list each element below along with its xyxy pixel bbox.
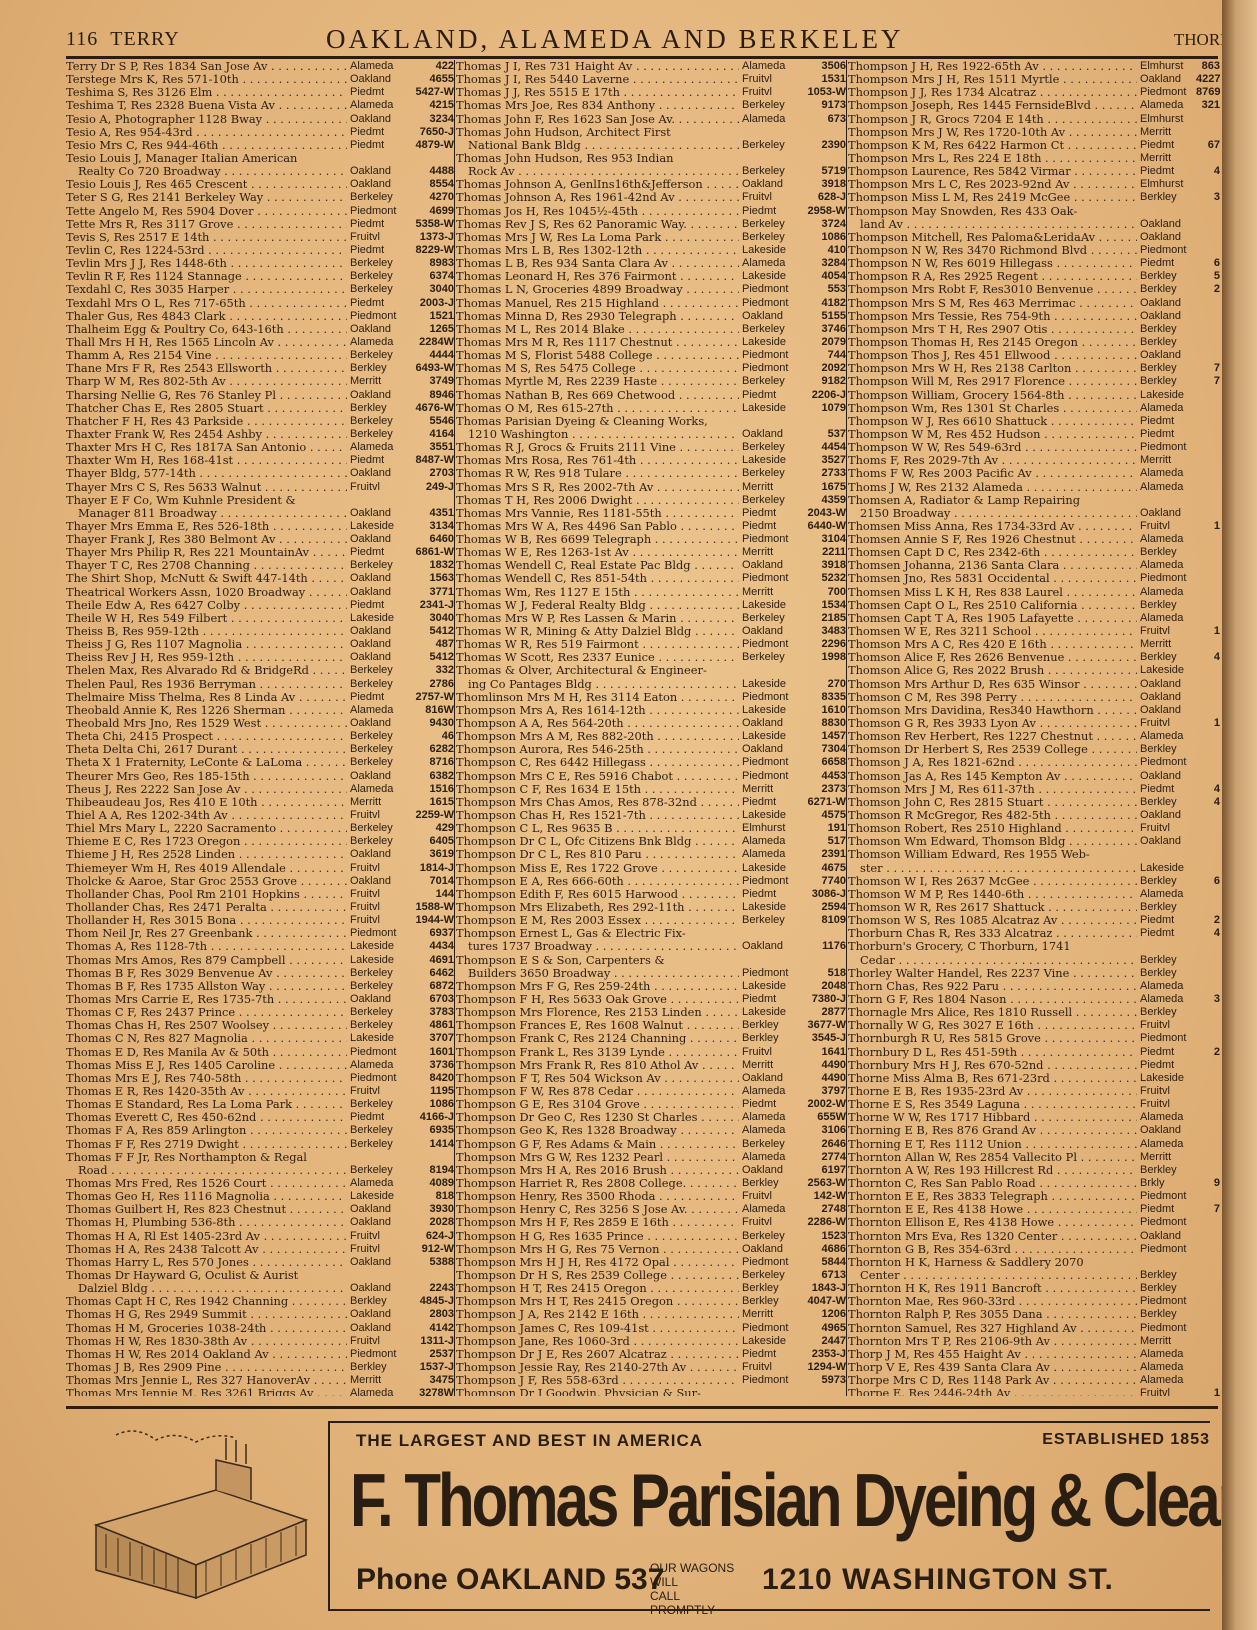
entry-exchange: Brkly <box>1137 1177 1196 1190</box>
entry-exchange: Berkley <box>739 1282 802 1295</box>
entry-phone: 518 <box>802 967 846 980</box>
directory-entry: Thomsen Capt O L, Res 2510 CaliforniaBer… <box>848 599 1220 612</box>
entry-exchange: Piedmt <box>739 993 802 1006</box>
entry-name: Thompson F H, Res 5633 Oak Grove <box>456 993 739 1006</box>
entry-phone: 9182 <box>802 375 846 388</box>
entry-name: Thomas Guilbert H, Res 823 Chestnut <box>66 1203 347 1216</box>
entry-exchange: Berkeley <box>347 664 410 677</box>
entry-phone: 142-W <box>802 1190 846 1203</box>
entry-exchange: Berkley <box>347 402 410 415</box>
entry-name: Thomas W J, Federal Realty Bldg <box>456 599 739 612</box>
entry-name: Thaxter Frank W, Res 2454 Ashby <box>66 428 347 441</box>
entry-phone: 1414 <box>410 1138 454 1151</box>
entry-name: Thomson William Edward, Res 1955 Web- <box>848 848 1137 861</box>
entry-exchange: Elmhurst <box>1137 60 1196 73</box>
entry-name: Thelen Max, Res Alvarado Rd & BridgeRd <box>66 664 347 677</box>
directory-entry: Tesio A, Res 954-43rdPiedmt7650-J <box>66 126 454 139</box>
entry-exchange: Piedmt <box>347 244 410 257</box>
entry-phone <box>1196 835 1220 848</box>
entry-name: Thayer T C, Res 2708 Channing <box>66 559 347 572</box>
directory-entry: Thornton Mae, Res 960-33rdPiedmont <box>848 1295 1220 1308</box>
directory-entry: Thomas Jos H, Res 1045½-45thPiedmt2958-W <box>456 205 846 218</box>
directory-entry: Thomson Mrs J M, Res 611-37thPiedmt4 <box>848 783 1220 796</box>
entry-name: Thomas W E, Res 1263-1st Av <box>456 546 739 559</box>
entry-exchange: Merritt <box>1137 1335 1196 1348</box>
directory-entry: Thornton H K, Harness & Saddlery 2070 <box>848 1256 1220 1269</box>
entry-exchange: Oakland <box>347 572 410 585</box>
entry-phone: 2353-J <box>802 1348 846 1361</box>
entry-exchange: Piedmont <box>739 1256 802 1269</box>
entry-name: Theile Edw A, Res 6427 Colby <box>66 599 347 612</box>
entry-exchange: Berkley <box>1137 901 1196 914</box>
entry-name: Theobald Annie K, Res 1226 Sherman <box>66 704 347 717</box>
directory-entry: Thomas J J, Res 5515 E 17thFruitvl1053-W <box>456 86 846 99</box>
entry-name: Thomas Miss E J, Res 1405 Caroline <box>66 1059 347 1072</box>
entry-name: Thomas Mrs Carrie E, Res 1735-7th <box>66 993 347 1006</box>
entry-exchange: Alameda <box>1137 888 1196 901</box>
directory-entry: 2150 BroadwayOakland <box>848 507 1220 520</box>
entry-name: Thompson Mrs H J H, Res 4172 Opal <box>456 1256 739 1269</box>
entry-name: Thomas F F, Res 2719 Dwight <box>66 1138 347 1151</box>
entry-name: Thompson Thos J, Res 451 Ellwood <box>848 349 1137 362</box>
entry-phone: 3724 <box>802 218 846 231</box>
directory-entry: Thompson Mrs Frank R, Res 810 Athol AvMe… <box>456 1059 846 1072</box>
directory-entry: Thompson Mrs Elizabeth, Res 292-11thLake… <box>456 901 846 914</box>
directory-entry: Thompson Mrs L, Res 224 E 18thMerritt <box>848 152 1220 165</box>
entry-exchange: Oakland <box>739 743 802 756</box>
entry-exchange: Alameda <box>1137 1374 1196 1387</box>
entry-phone: 4359 <box>802 494 846 507</box>
directory-entry: Thompson H T, Res 2415 OregonBerkley1843… <box>456 1282 846 1295</box>
entry-name: Thomas John F, Res 1623 San Jose Av. <box>456 113 739 126</box>
entry-phone: 2043-W <box>802 507 846 520</box>
entry-name: Thornton E E, Res 3833 Telegraph <box>848 1190 1137 1203</box>
entry-name: Thompson C F, Res 1634 E 15th <box>456 783 739 796</box>
entry-name: Tesio Louis J, Manager Italian American <box>66 152 347 165</box>
entry-exchange <box>739 126 802 139</box>
entry-phone: 7650-J <box>410 126 454 139</box>
entry-name: Tholcke & Aaroe, Star Groc 2553 Grove <box>66 875 347 888</box>
entry-name: Thomas E R, Res 1420-35th Av <box>66 1085 347 1098</box>
directory-entry: Thollander Chas, Pool Rm 2101 HopkinsFru… <box>66 888 454 901</box>
entry-name: Thayer Mrs Philip R, Res 221 MountainAv <box>66 546 347 559</box>
entry-phone: 9 <box>1196 1177 1220 1190</box>
directory-entry: Thayer Mrs C S, Res 5633 WalnutFruitvl24… <box>66 481 454 494</box>
entry-phone <box>1196 389 1220 402</box>
entry-exchange: Piedmont <box>1137 756 1196 769</box>
directory-entry: Thompson Mrs S M, Res 463 MerrimacOaklan… <box>848 297 1220 310</box>
entry-phone: 2803 <box>410 1308 454 1321</box>
directory-entry: Thornally W G, Res 3027 E 16thFruitvl <box>848 1019 1220 1032</box>
entry-name: Thomas Chas H, Res 2507 Woolsey <box>66 1019 347 1032</box>
entry-exchange: Berkeley <box>347 1124 410 1137</box>
entry-name: Builders 3650 Broadway <box>456 967 739 980</box>
entry-exchange: Piedmont <box>739 638 802 651</box>
directory-entry: Thornton Mrs Eva, Res 1320 CenterOakland <box>848 1230 1220 1243</box>
entry-name: tures 1737 Broadway <box>456 940 739 953</box>
directory-column-1: Terry Dr S P, Res 1834 San Jose AvAlamed… <box>66 60 454 1396</box>
entry-phone: 4054 <box>802 270 846 283</box>
entry-name: Tesio A, Photographer 1128 Bway <box>66 113 347 126</box>
entry-phone: 7 <box>1196 375 1220 388</box>
entry-name: Thompson J F, Res 558-63rd <box>456 1374 739 1387</box>
entry-name: Thomas A, Res 1128-7th <box>66 940 347 953</box>
entry-phone: 422 <box>410 60 454 73</box>
directory-entry: Thompson Mrs W H, Res 2138 CarltonBerkle… <box>848 362 1220 375</box>
entry-name: Thomas H A, Res 2438 Talcott Av <box>66 1243 347 1256</box>
entry-phone: 5546 <box>410 415 454 428</box>
directory-entry: Thompson Thomas H, Res 2145 OregonBerkle… <box>848 336 1220 349</box>
entry-phone <box>1196 546 1220 559</box>
entry-name: Thomson John C, Res 2815 Stuart <box>848 796 1137 809</box>
entry-exchange: Berkley <box>1137 336 1196 349</box>
entry-phone: 1615 <box>410 796 454 809</box>
directory-entry: Thomas R W, Res 918 TulareBerkeley2733 <box>456 467 846 480</box>
entry-exchange: Berkeley <box>347 283 410 296</box>
entry-phone: 3749 <box>410 375 454 388</box>
directory-entry: Tesio Louis J, Res 465 CrescentOakland85… <box>66 178 454 191</box>
entry-phone: 2703 <box>410 467 454 480</box>
directory-entry: Thomas W Scott, Res 2337 EuniceBerkeley1… <box>456 651 846 664</box>
page-header: 116 TERRY OAKLAND, ALAMEDA AND BERKELEY … <box>66 24 1216 56</box>
directory-entry: Thomas Capt H C, Res 1942 ChanningBerkle… <box>66 1295 454 1308</box>
entry-exchange: Berkeley <box>739 467 802 480</box>
entry-exchange: Alameda <box>739 1203 802 1216</box>
directory-entry: Thomas W B, Res 6699 TelegraphPiedmont31… <box>456 533 846 546</box>
entry-exchange: Piedmt <box>739 888 802 901</box>
entry-phone: 4965 <box>802 1322 846 1335</box>
entry-name: Thompson F W, Res 878 Cedar <box>456 1085 739 1098</box>
entry-phone <box>802 927 846 940</box>
directory-entry: Thomson Robert, Res 2510 HighlandFruitvl <box>848 822 1220 835</box>
entry-phone: 1206 <box>802 1308 846 1321</box>
entry-phone: 3918 <box>802 178 846 191</box>
entry-name: Theta Chi, 2415 Prospect <box>66 730 347 743</box>
entry-exchange: Piedmont <box>739 362 802 375</box>
directory-entry: Thomas J I, Res 731 Haight AvAlameda3506 <box>456 60 846 73</box>
entry-name: Thomas J J, Res 5515 E 17th <box>456 86 739 99</box>
entry-exchange: Piedmt <box>347 139 410 152</box>
entry-phone <box>1196 572 1220 585</box>
entry-exchange <box>739 664 802 677</box>
directory-entry: Thomas Mrs Rosa, Res 761-4thLakeside3527 <box>456 454 846 467</box>
entry-phone <box>1196 1308 1220 1321</box>
directory-entry: Thomas Mrs E J, Res 740-58thPiedmont8420 <box>66 1072 454 1085</box>
entry-exchange: Alameda <box>1137 559 1196 572</box>
entry-exchange: Piedmont <box>739 283 802 296</box>
entry-phone: 673 <box>802 113 846 126</box>
entry-name: Thomsen Capt T A, Res 1905 Lafayette <box>848 612 1137 625</box>
entry-exchange: Berkley <box>347 1361 410 1374</box>
entry-name: Thornton Ralph P, Res 3055 Dana <box>848 1308 1137 1321</box>
entry-name: Thornbury D L, Res 451-59th <box>848 1046 1137 1059</box>
entry-phone: 2373 <box>802 783 846 796</box>
entry-phone <box>1196 586 1220 599</box>
directory-entry: Theus J, Res 2222 San Jose AvAlameda1516 <box>66 783 454 796</box>
entry-exchange: Oakland <box>1137 1230 1196 1243</box>
entry-name: Thomas Mrs M R, Res 1117 Chestnut <box>456 336 739 349</box>
entry-exchange: Alameda <box>739 257 802 270</box>
entry-exchange: Alameda <box>739 1151 802 1164</box>
directory-entry: Thompson W W, Res 549-63rdPiedmont <box>848 441 1220 454</box>
directory-entry: Thorburn Chas R, Res 333 AlcatrazPiedmt4 <box>848 927 1220 940</box>
entry-phone: 3783 <box>410 1006 454 1019</box>
entry-name: Thomas W R, Res 519 Fairmont <box>456 638 739 651</box>
entry-name: Thomsen Capt O L, Res 2510 California <box>848 599 1137 612</box>
entry-name: National Bank Bldg <box>456 139 739 152</box>
directory-entry: Thornton Mrs T P, Res 2106-9th AvMerritt <box>848 1335 1220 1348</box>
entry-exchange: Lakeside <box>739 862 802 875</box>
directory-entry: Tharsing Nellie G, Res 76 Stanley PlOakl… <box>66 389 454 402</box>
entry-phone: 429 <box>410 822 454 835</box>
entry-name: Thomas Mrs J W, Res La Loma Park <box>456 231 739 244</box>
entry-name: Thompson Miss E, Res 1722 Grove <box>456 862 739 875</box>
entry-exchange: Piedmont <box>347 310 410 323</box>
entry-exchange: Fruitvl <box>1137 1019 1196 1032</box>
entry-name: Thomas H, Plumbing 536-8th <box>66 1216 347 1229</box>
entry-exchange: Berkeley <box>347 835 410 848</box>
entry-name: Thoms J W, Res 2132 Alameda <box>848 481 1137 494</box>
directory-entry: Theobald Annie K, Res 1226 ShermanAlamed… <box>66 704 454 717</box>
directory-entry: Thomas Myrtle M, Res 2239 HasteBerkeley9… <box>456 375 846 388</box>
directory-entry: Thomas Mrs Jennie M, Res 3261 Briggs AvA… <box>66 1387 454 1396</box>
entry-phone: 2563-W <box>802 1177 846 1190</box>
entry-name: Thornton E E, Res 4138 Howe <box>848 1203 1137 1216</box>
entry-phone: 2079 <box>802 336 846 349</box>
left-guide-word: TERRY <box>110 28 179 50</box>
directory-entry: Thayer Mrs Philip R, Res 221 MountainAvP… <box>66 546 454 559</box>
entry-name: Thompson Mrs A M, Res 882-20th <box>456 730 739 743</box>
directory-entry: Thayer Mrs Emma E, Res 526-18thLakeside3… <box>66 520 454 533</box>
entry-phone: 1 <box>1196 520 1220 533</box>
entry-exchange: Oakland <box>1137 809 1196 822</box>
entry-name: Thall Mrs H H, Res 1565 Lincoln Av <box>66 336 347 349</box>
entry-name: Thorburn Chas R, Res 333 Alcatraz <box>848 927 1137 940</box>
entry-phone <box>1196 494 1220 507</box>
entry-name: Thompson Mitchell, Res Paloma&LeridaAv <box>848 231 1137 244</box>
directory-entry: Thomas E Standard, Res La Loma ParkBerke… <box>66 1098 454 1111</box>
entry-exchange: Piedmont <box>1137 1032 1196 1045</box>
entry-phone <box>1196 678 1220 691</box>
entry-name: Theta Delta Chi, 2617 Durant <box>66 743 347 756</box>
entry-exchange: Berkley <box>1137 270 1196 283</box>
entry-name: Tette Angelo M, Res 5904 Dover <box>66 205 347 218</box>
entry-phone: 1832 <box>410 559 454 572</box>
entry-name: Tevlin C, Res 1224-53rd <box>66 244 347 257</box>
directory-entry: Thorburn's Grocery, C Thorburn, 1741 <box>848 940 1220 953</box>
entry-name: ing Co Pantages Bldg <box>456 678 739 691</box>
entry-exchange: Alameda <box>1137 402 1196 415</box>
entry-exchange: Merritt <box>347 375 410 388</box>
directory-entry: Thomsen Miss L K H, Res 838 LaurelAlamed… <box>848 586 1220 599</box>
entry-exchange: Merritt <box>739 783 802 796</box>
entry-phone <box>1196 481 1220 494</box>
entry-phone <box>1196 704 1220 717</box>
directory-entry: Texdahl C, Res 3035 HarperBerkeley3040 <box>66 283 454 296</box>
entry-phone: 4686 <box>802 1243 846 1256</box>
directory-entry: Thompson Dr J Goodwin, Physician & Sur- <box>456 1387 846 1396</box>
entry-phone: 4676-W <box>410 402 454 415</box>
entry-phone: 2296 <box>802 638 846 651</box>
directory-entry: Thompson Dr C L, Ofc Citizens Bnk BldgAl… <box>456 835 846 848</box>
entry-phone: 700 <box>802 586 846 599</box>
entry-phone <box>1196 467 1220 480</box>
entry-name: Thompson W J, Res 6610 Shattuck <box>848 415 1137 428</box>
entry-exchange: Oakland <box>1137 1124 1196 1137</box>
entry-name: Thomson Alice G, Res 2022 Brush <box>848 664 1137 677</box>
entry-name: Thomas M S, Florist 5488 College <box>456 349 739 362</box>
entry-exchange: Lakeside <box>739 980 802 993</box>
entry-name: Thorpe Mrs C D, Res 1148 Park Av <box>848 1374 1137 1387</box>
directory-entry: Thorley Walter Handel, Res 2237 VineBerk… <box>848 967 1220 980</box>
directory-entry: Thomas Mrs L B, Res 1302-12thLakeside410 <box>456 244 846 257</box>
entry-phone: 1086 <box>802 231 846 244</box>
entry-phone: 8335 <box>802 691 846 704</box>
entry-name: Theiss J G, Res 1107 Magnolia <box>66 638 347 651</box>
entry-phone <box>1196 848 1220 861</box>
entry-phone: 7 <box>1196 1203 1220 1216</box>
directory-entry: Thompson Joseph, Res 1445 FernsideBlvdAl… <box>848 99 1220 112</box>
entry-name: Thomson Alice F, Res 2626 Benvenue <box>848 651 1137 664</box>
entry-name: Thomson Mrs Davidina, Res340 Hawthorn <box>848 704 1137 717</box>
entry-exchange: Piedmt <box>347 126 410 139</box>
directory-entry: Thomas Wm, Res 1127 E 15thMerritt700 <box>456 586 846 599</box>
entry-exchange: Berkley <box>1137 1006 1196 1019</box>
entry-exchange: Lakeside <box>739 336 802 349</box>
entry-phone <box>1196 822 1220 835</box>
entry-exchange: Merritt <box>739 481 802 494</box>
entry-name: Thorning E B, Res 876 Grand Av <box>848 1124 1137 1137</box>
entry-name: Thomson Dr Herbert S, Res 2539 College <box>848 743 1137 756</box>
entry-exchange: Berkeley <box>347 559 410 572</box>
entry-name: Thomas J I, Res 731 Haight Av <box>456 60 739 73</box>
entry-name: Teshima S, Res 3126 Elm <box>66 86 347 99</box>
entry-name: Thomas Geo H, Res 1116 Magnolia <box>66 1190 347 1203</box>
entry-exchange: Lakeside <box>1137 389 1196 402</box>
entry-exchange: Berkley <box>739 1032 802 1045</box>
directory-entry: Thompson James C, Res 109-41stPiedmont49… <box>456 1322 846 1335</box>
entry-exchange: Berkley <box>1137 362 1196 375</box>
entry-phone <box>1196 231 1220 244</box>
entry-phone: 6271-W <box>802 796 846 809</box>
ad-wagons-line-2: CALL PROMPTLY <box>650 1589 740 1617</box>
advertisement-rule <box>66 1406 1218 1409</box>
directory-entry: Texdahl Mrs O L, Res 717-65thPiedmt2003-… <box>66 297 454 310</box>
directory-entry: Thomas M S, Florist 5488 CollegePiedmont… <box>456 349 846 362</box>
entry-phone: 2185 <box>802 612 846 625</box>
entry-phone: 4691 <box>410 954 454 967</box>
entry-phone: 1843-J <box>802 1282 846 1295</box>
entry-name: Thomson Jas A, Res 145 Kempton Av <box>848 770 1137 783</box>
entry-name: Thomson Mrs A C, Res 420 E 16th <box>848 638 1137 651</box>
directory-entry: Thomsen Johanna, 2136 Santa ClaraAlameda <box>848 559 1220 572</box>
entry-phone: 5844 <box>802 1256 846 1269</box>
entry-exchange: Piedmont <box>347 927 410 940</box>
directory-entry: Builders 3650 BroadwayPiedmont518 <box>456 967 846 980</box>
entry-exchange: Oakland <box>347 389 410 402</box>
entry-phone: 6658 <box>802 756 846 769</box>
entry-exchange: Piedmont <box>347 1348 410 1361</box>
entry-exchange: Berkley <box>1137 1164 1196 1177</box>
entry-exchange: Piedmt <box>347 86 410 99</box>
entry-name: Cedar <box>848 954 1137 967</box>
entry-phone <box>410 1269 454 1282</box>
directory-entry: Dalziel BldgOakland2243 <box>66 1282 454 1295</box>
entry-name: Thompson Mrs H A, Res 2016 Brush <box>456 1164 739 1177</box>
entry-phone: 4454 <box>802 441 846 454</box>
directory-entry: Thomas T H, Res 2006 DwightBerkeley4359 <box>456 494 846 507</box>
entry-exchange: Berkeley <box>347 967 410 980</box>
entry-phone <box>1196 664 1220 677</box>
directory-entry: Thompson Jane, Res 1060-3rdLakeside2447 <box>456 1335 846 1348</box>
entry-phone: 912-W <box>410 1243 454 1256</box>
entry-phone: 5719 <box>802 165 846 178</box>
entry-exchange: Oakland <box>347 638 410 651</box>
directory-entry: Tesio A, Photographer 1128 BwayOakland32… <box>66 113 454 126</box>
entry-exchange: Fruitvl <box>347 1230 410 1243</box>
directory-entry: Thomas Miss E J, Res 1405 CarolineAlamed… <box>66 1059 454 1072</box>
entry-exchange: Fruitvl <box>1137 1085 1196 1098</box>
directory-entry: Thompson C, Res 6442 HillegassPiedmont66… <box>456 756 846 769</box>
directory-entry: Tharp W M, Res 802-5th AvMerritt3749 <box>66 375 454 388</box>
entry-name: Thompson J A, Res 2142 E 16th <box>456 1308 739 1321</box>
directory-entry: Thompson Miss E, Res 1722 GroveLakeside4… <box>456 862 846 875</box>
directory-entry: Thompson H G, Res 1635 PrinceBerkeley152… <box>456 1230 846 1243</box>
directory-entry: Thornburgh R U, Res 5815 GrovePiedmont <box>848 1032 1220 1045</box>
entry-name: Thompson Henry C, Res 3256 S Jose Av. <box>456 1203 739 1216</box>
entry-exchange: Piedmt <box>347 454 410 467</box>
directory-entry: Thompson Mrs J W, Res 1720-10th AvMerrit… <box>848 126 1220 139</box>
entry-phone: 2958-W <box>802 205 846 218</box>
entry-phone: 1053-W <box>802 86 846 99</box>
directory-entry: Thompson A A, Res 564-20thOakland8830 <box>456 717 846 730</box>
directory-entry: Thompson J H, Res 1922-65th AvElmhurst86… <box>848 60 1220 73</box>
directory-entry: Thorn G F, Res 1804 NasonAlameda3 <box>848 993 1220 1006</box>
entry-name: Thomsen Annie S F, Res 1926 Chestnut <box>848 533 1137 546</box>
entry-exchange: Piedmt <box>739 520 802 533</box>
directory-entry: Thomson Dr Herbert S, Res 2539 CollegeBe… <box>848 743 1220 756</box>
entry-exchange: Piedmont <box>1137 1322 1196 1335</box>
entry-name: Tevlin R F, Res 1124 Stannage <box>66 270 347 283</box>
entry-phone <box>802 126 846 139</box>
entry-phone: 4 <box>1196 796 1220 809</box>
entry-name: Thomas Rev J S, Res 62 Panoramic Way. <box>456 218 739 231</box>
entry-exchange: Fruitvl <box>739 1190 802 1203</box>
entry-exchange: Oakland <box>347 717 410 730</box>
entry-phone: 2391 <box>802 848 846 861</box>
directory-entry: Thaxter Wm H, Res 168-41stPiedmt8487-W <box>66 454 454 467</box>
entry-name: Thompson Mrs J H, Res 1511 Myrtle <box>848 73 1137 86</box>
entry-name: Thompson Dr J Goodwin, Physician & Sur- <box>456 1387 739 1396</box>
entry-name: Thatcher Chas E, Res 2805 Stuart <box>66 402 347 415</box>
directory-entry: Thompson May Snowden, Res 433 Oak- <box>848 205 1220 218</box>
entry-name: land Av <box>848 218 1137 231</box>
directory-entry: Thompson W J, Res 6610 ShattuckPiedmt <box>848 415 1220 428</box>
entry-phone: 4 <box>1196 651 1220 664</box>
entry-exchange: Alameda <box>739 848 802 861</box>
directory-entry: Tette Mrs R, Res 3117 GrovePiedmt5358-W <box>66 218 454 231</box>
directory-entry: Tevlin C, Res 1224-53rdPiedmt8229-W <box>66 244 454 257</box>
entry-exchange: Oakland <box>347 770 410 783</box>
entry-name: Thane Mrs F R, Res 2543 Ellsworth <box>66 362 347 375</box>
entry-exchange <box>739 927 802 940</box>
entry-exchange: Berkley <box>739 1177 802 1190</box>
entry-exchange: Piedmt <box>347 218 410 231</box>
entry-name: Thomas Mrs S R, Res 2002-7th Av <box>456 481 739 494</box>
ad-wagons-note: OUR WAGONS WILL CALL PROMPTLY <box>650 1561 740 1617</box>
directory-entry: Thompson C F, Res 1634 E 15thMerritt2373 <box>456 783 846 796</box>
entry-name: Thoms F W, Res 2003 Pacific Av <box>848 467 1137 480</box>
